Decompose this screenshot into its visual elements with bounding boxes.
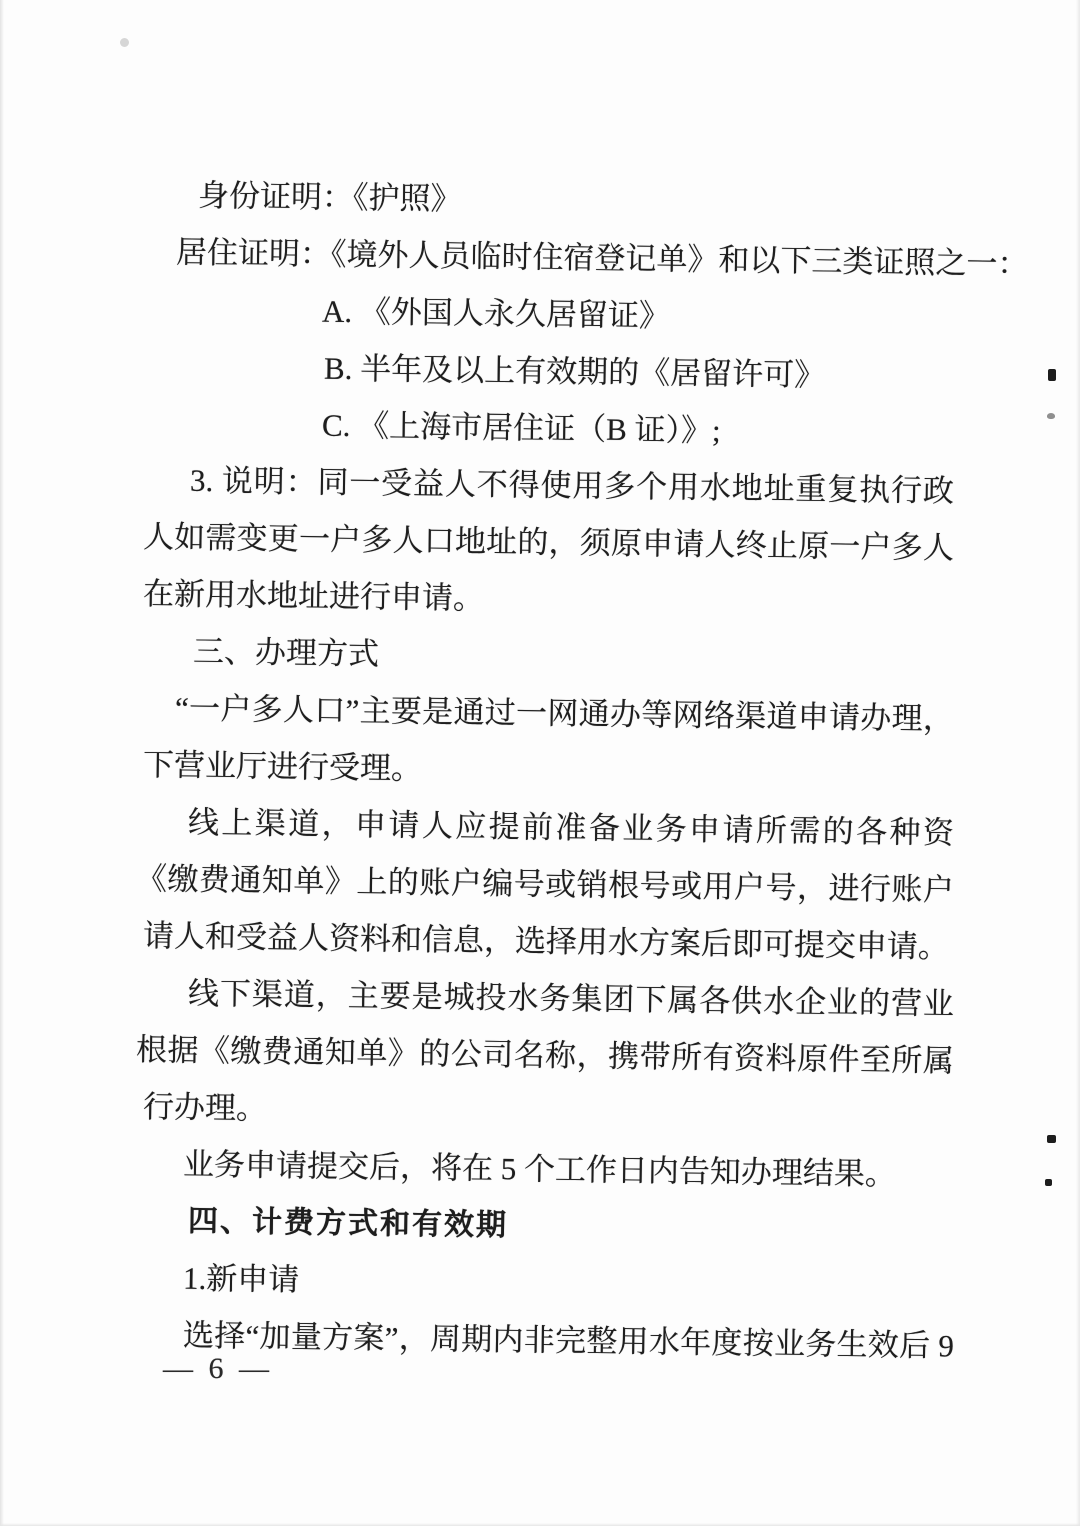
scan-speck-4 [1045,1179,1052,1186]
scan-speck-faint [120,38,129,47]
scan-edge-left [0,0,4,1526]
page-number: — 6 — [163,1352,273,1386]
scan-speck-2 [1047,413,1055,419]
document-page: 身份证明：《护照》 居住证明：《境外人员临时住宿登记单》和以下三类证照之一： A… [136,166,954,1363]
scan-speck-3 [1047,1135,1056,1143]
scan-edge-right [1076,0,1080,1526]
scan-speck-1 [1048,369,1056,381]
